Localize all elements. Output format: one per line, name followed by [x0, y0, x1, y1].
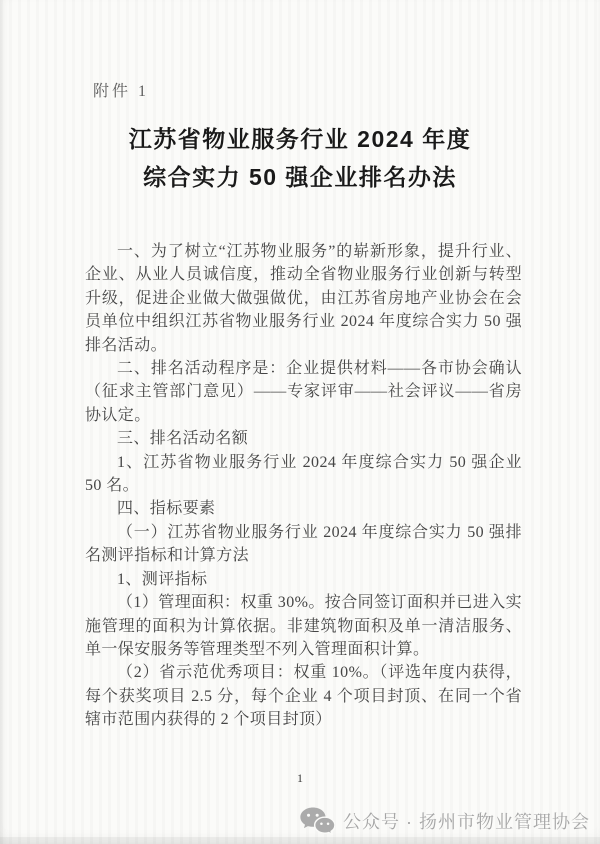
paragraph: 1、测评指标 [85, 568, 522, 591]
page-number: 1 [0, 771, 600, 786]
paragraph: （一）江苏省物业服务行业 2024 年度综合实力 50 强排名测评指标和计算方法 [85, 521, 522, 568]
watermark-footer: 公众号 · 扬州市物业管理协会 [299, 806, 590, 835]
wechat-icon [299, 806, 335, 835]
paragraph: （2）省示范优秀项目：权重 10%。（评选年度内获得，每个获奖项目 2.5 分，… [85, 661, 522, 731]
paragraph: 一、为了树立“江苏物业服务”的崭新形象，提升行业、企业、从业人员诚信度，推动全省… [85, 240, 522, 357]
watermark-text: 公众号 · 扬州市物业管理协会 [343, 808, 590, 834]
attachment-label: 附件 1 [93, 78, 149, 101]
scanned-document-page: 附件 1 江苏省物业服务行业 2024 年度 综合实力 50 强企业排名办法 一… [0, 0, 600, 844]
document-body: 一、为了树立“江苏物业服务”的崭新形象，提升行业、企业、从业人员诚信度，推动全省… [85, 240, 522, 732]
paragraph: 二、排名活动程序是：企业提供材料——各市协会确认（征求主管部门意见）——专家评审… [85, 357, 522, 427]
document-title: 江苏省物业服务行业 2024 年度 综合实力 50 强企业排名办法 [0, 120, 600, 196]
paragraph: （1）管理面积：权重 30%。按合同签订面积并已进入实施管理的面积为计算依据。非… [85, 591, 522, 661]
paragraph: 四、指标要素 [85, 497, 522, 520]
title-line-1: 江苏省物业服务行业 2024 年度 [0, 120, 600, 158]
paragraph: 三、排名活动名额 [85, 427, 522, 450]
title-line-2: 综合实力 50 强企业排名办法 [0, 158, 600, 196]
paragraph: 1、江苏省物业服务行业 2024 年度综合实力 50 强企业 50 名。 [85, 451, 522, 498]
